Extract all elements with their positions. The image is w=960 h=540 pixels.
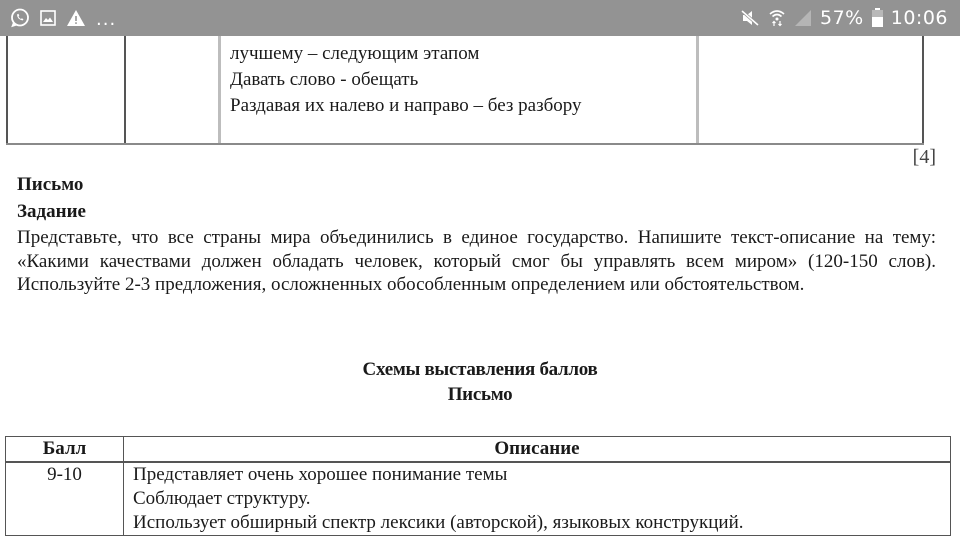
table-border xyxy=(124,36,126,145)
section-title: Письмо xyxy=(17,174,83,196)
column-header-score: Балл xyxy=(6,437,124,463)
image-icon xyxy=(40,10,56,26)
warning-icon xyxy=(66,9,86,27)
answer-line: лучшему – следующим этапом xyxy=(230,41,582,67)
more-notifications-icon[interactable]: ... xyxy=(96,9,116,30)
table-header-row: Балл Описание xyxy=(6,437,951,463)
table-border xyxy=(922,36,924,145)
battery-icon xyxy=(872,10,883,27)
score-table: Балл Описание 9-10 Представляет очень хо… xyxy=(5,436,951,536)
whatsapp-icon xyxy=(10,8,30,28)
mute-icon xyxy=(740,9,760,27)
description-line: Представляет очень хорошее понимание тем… xyxy=(133,463,950,487)
answer-table-fragment: лучшему – следующим этапом Давать слово … xyxy=(6,36,924,145)
answer-line: Давать слово - обещать xyxy=(230,67,582,93)
document-page: лучшему – следующим этапом Давать слово … xyxy=(0,0,960,540)
wifi-icon xyxy=(768,8,786,28)
clock: 10:06 xyxy=(891,7,948,29)
table-border xyxy=(218,36,221,145)
description-cell: Представляет очень хорошее понимание тем… xyxy=(124,462,951,536)
table-border xyxy=(6,143,924,145)
score-cell: 9-10 xyxy=(6,462,124,536)
section-subtitle: Задание xyxy=(17,201,86,223)
scheme-subtitle: Письмо xyxy=(0,384,960,406)
description-line: Использует обширный спектр лексики (авто… xyxy=(133,511,950,535)
table-border xyxy=(6,36,8,145)
table-row: 9-10 Представляет очень хорошее понимани… xyxy=(6,462,951,536)
table-cell-answers: лучшему – следующим этапом Давать слово … xyxy=(230,41,582,119)
status-bar: ... 57% 10:06 xyxy=(0,0,960,36)
description-line: Соблюдает структуру. xyxy=(133,487,950,511)
scheme-title: Схемы выставления баллов xyxy=(0,359,960,381)
column-header-description: Описание xyxy=(124,437,951,463)
answer-line: Раздавая их налево и направо – без разбо… xyxy=(230,93,582,119)
battery-percent: 57% xyxy=(820,7,864,29)
table-border xyxy=(696,36,699,145)
task-text: Представьте, что все страны мира объедин… xyxy=(17,226,936,297)
marks-label: [4] xyxy=(913,146,936,169)
signal-icon xyxy=(794,9,812,27)
